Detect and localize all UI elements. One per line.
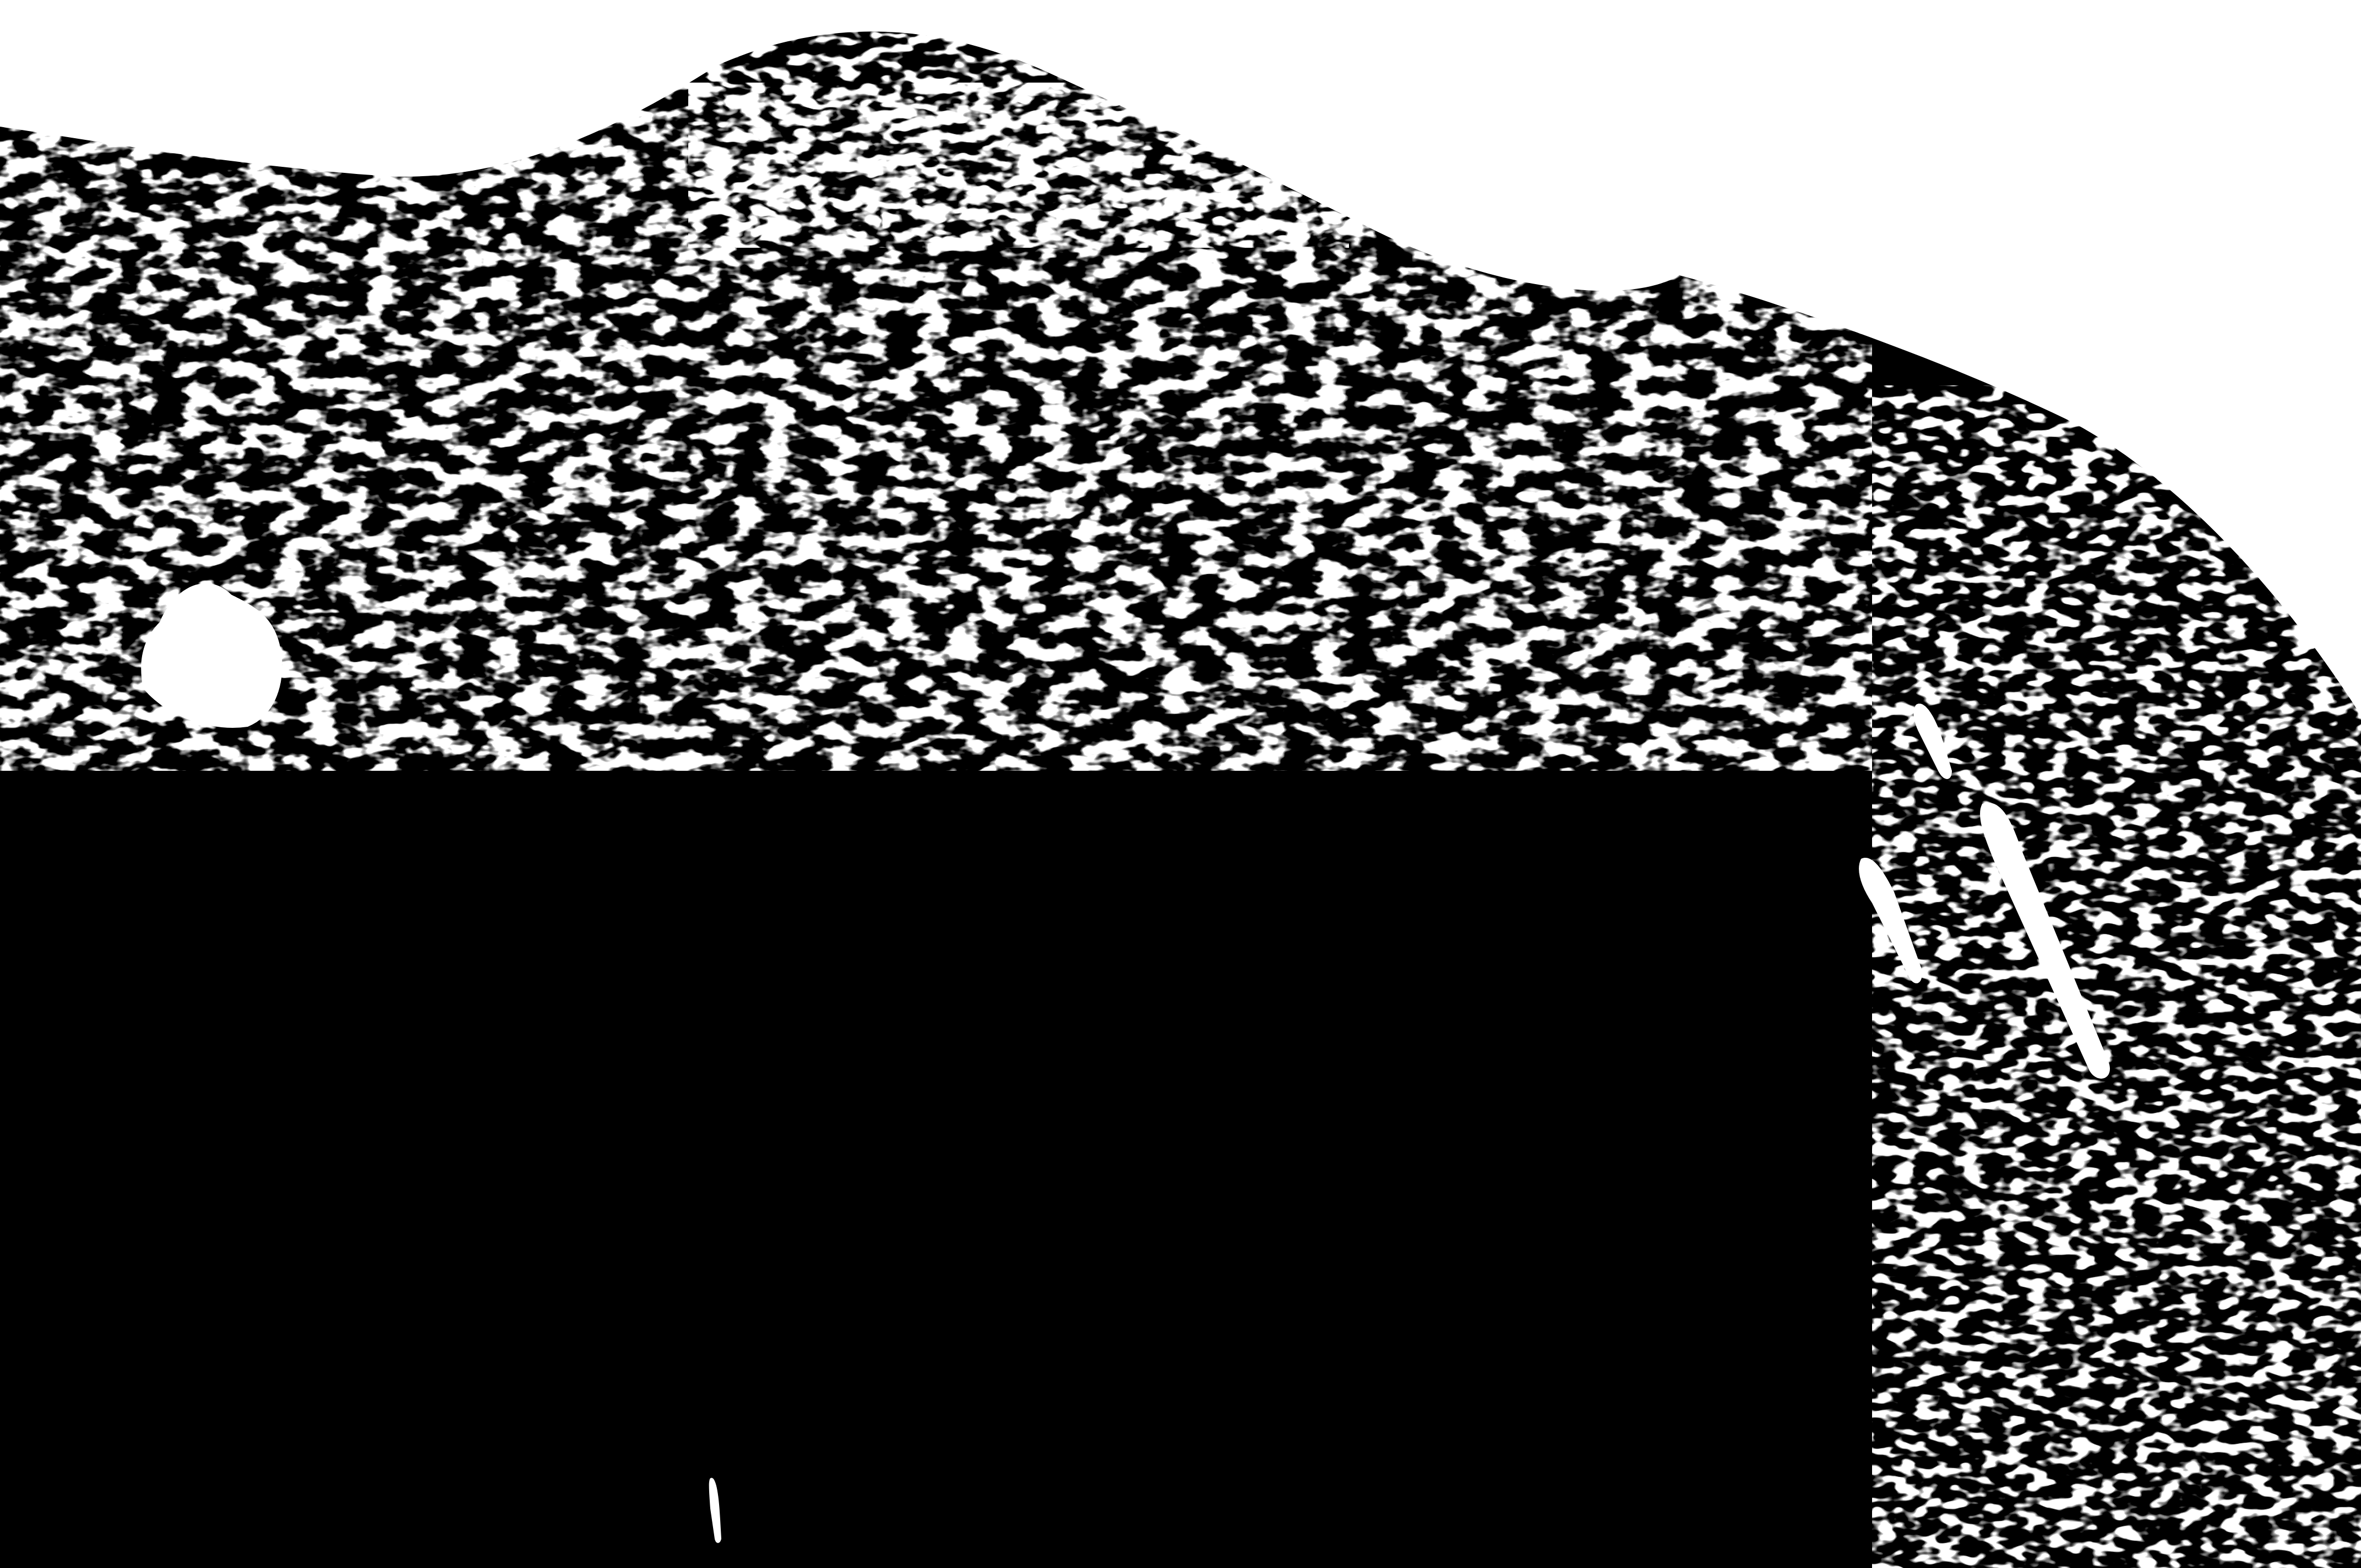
binarized-photo	[0, 0, 2361, 1568]
speckled-right-edge	[1872, 385, 2361, 1568]
sky-specks	[688, 0, 1349, 248]
